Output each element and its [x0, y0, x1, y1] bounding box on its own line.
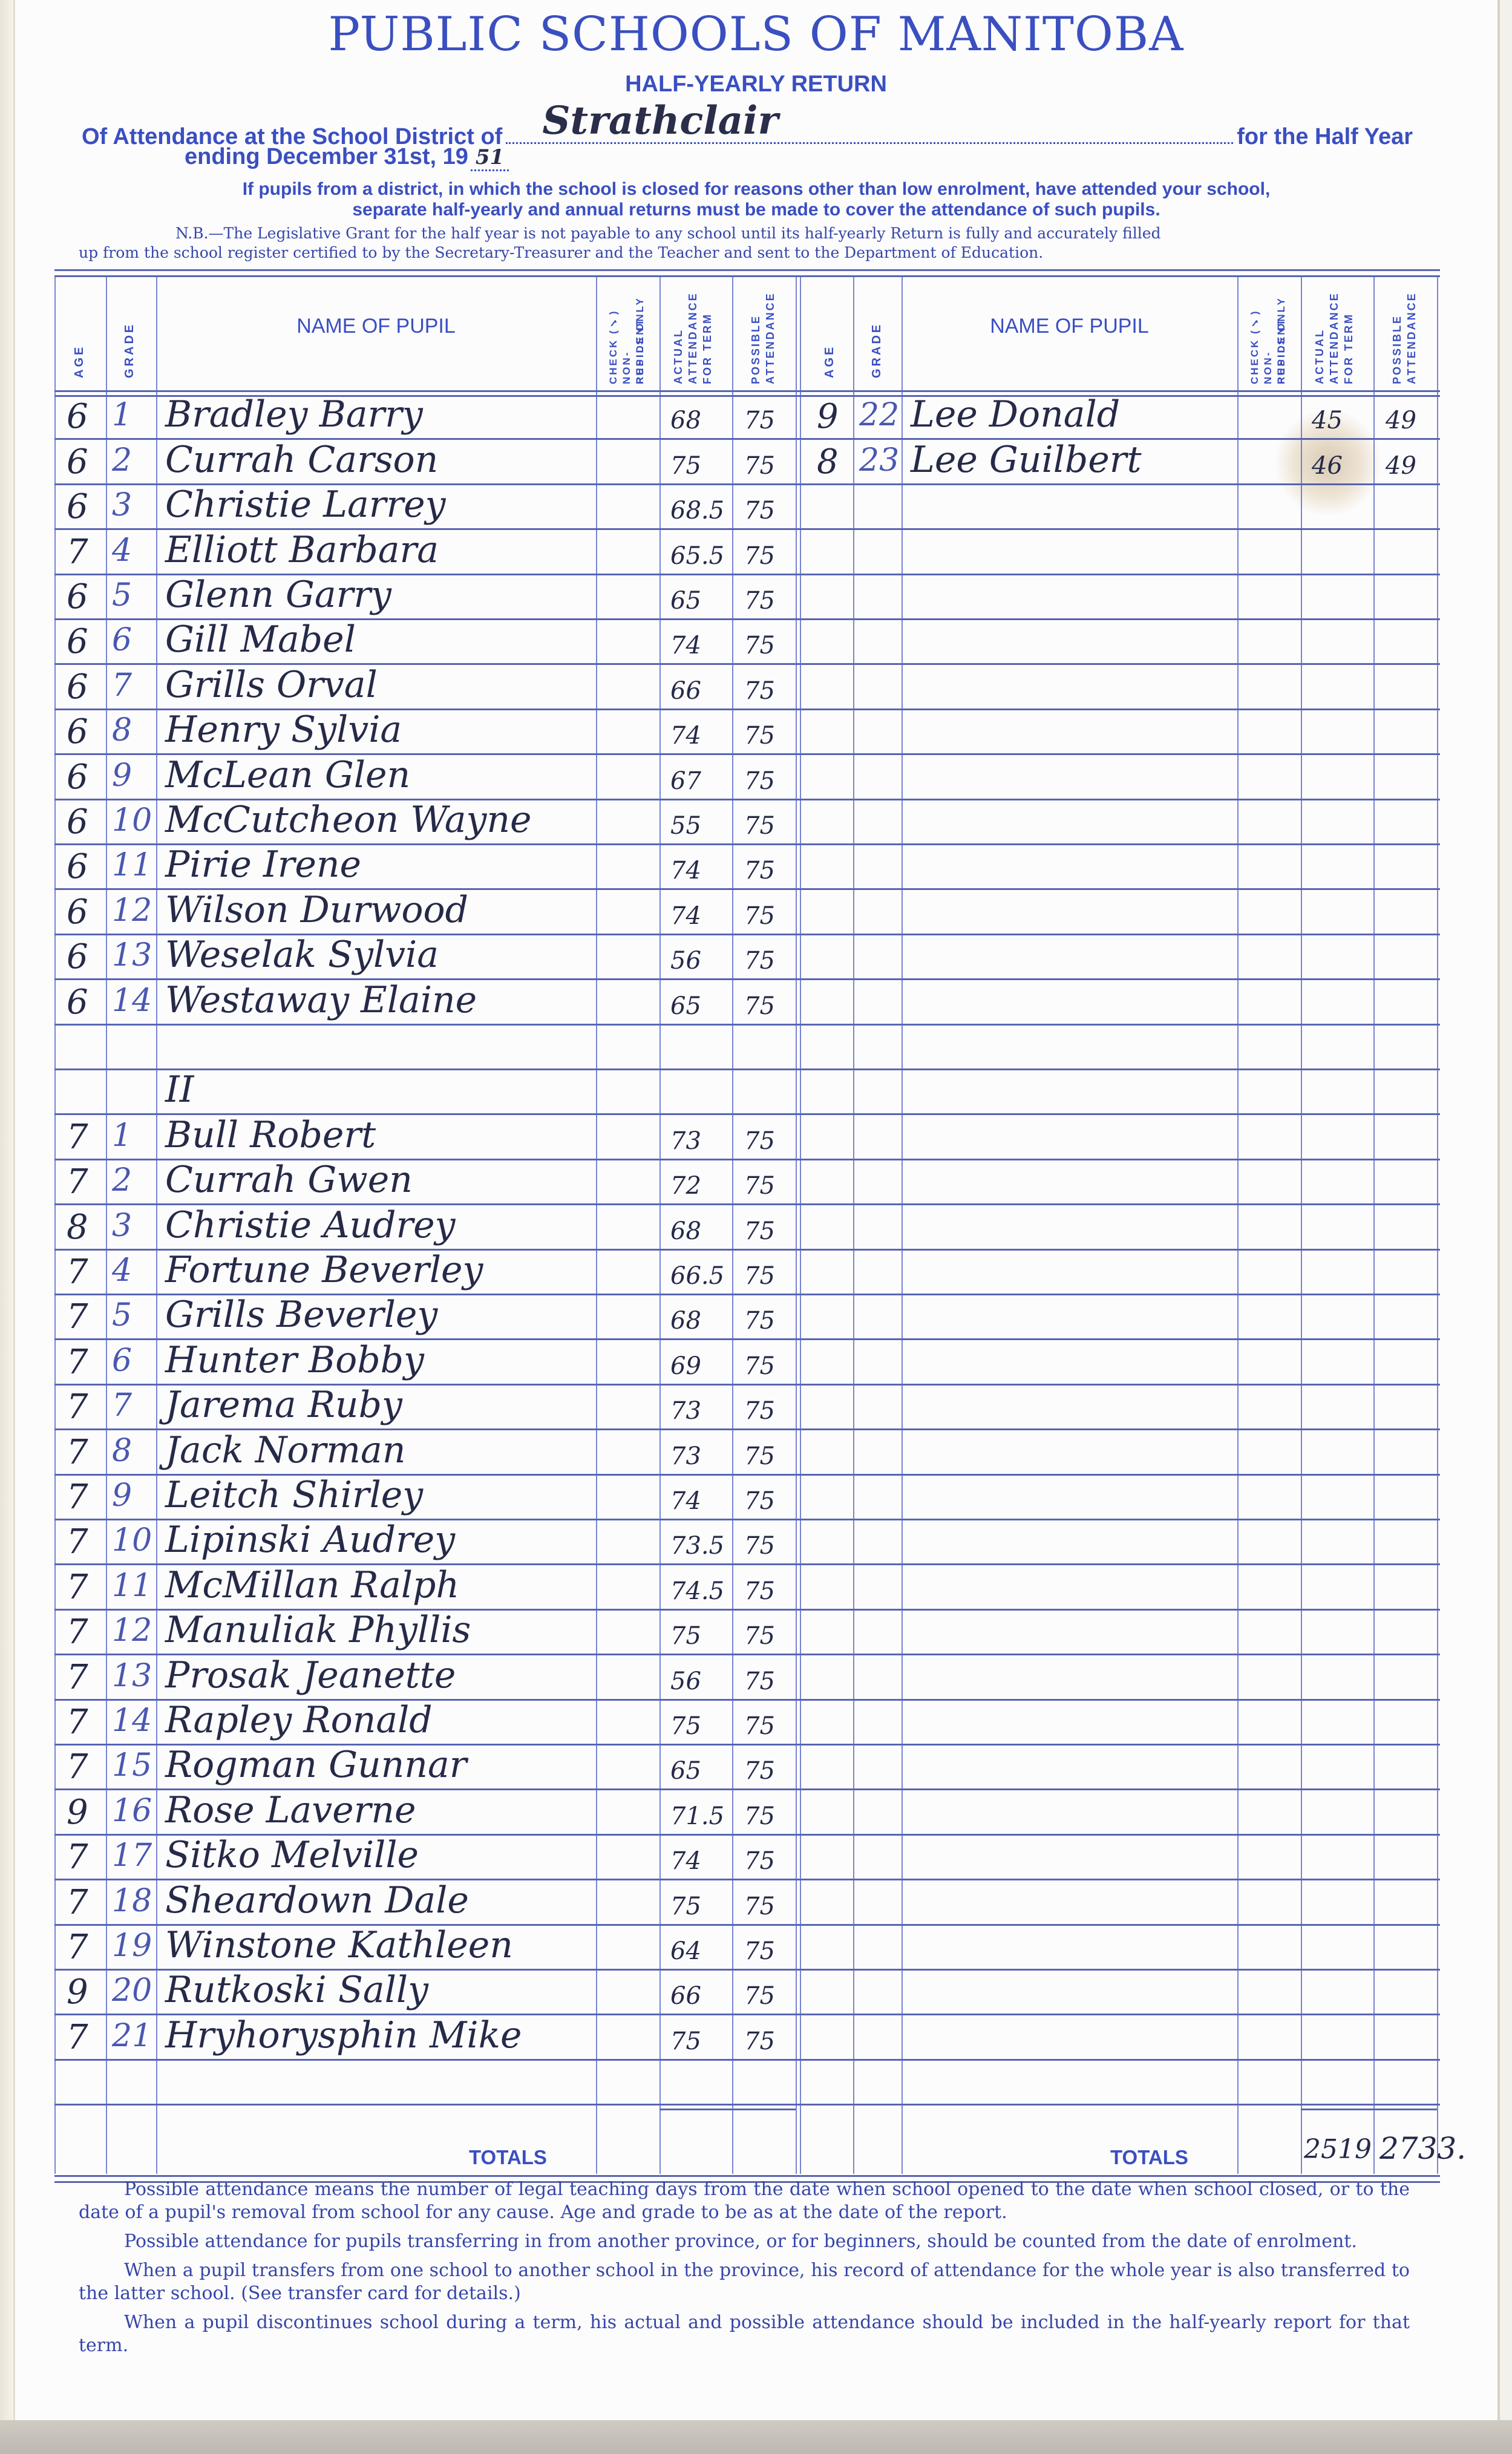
row-age: 7: [67, 1522, 88, 1562]
nb-line-1: N.B.—The Legislative Grant for the half …: [79, 224, 1410, 243]
column-header-possible-left: POSSIBLE: [749, 284, 762, 384]
row-number: 8: [112, 712, 132, 748]
row-number: 7: [112, 667, 132, 704]
row-age: 6: [67, 487, 88, 526]
row-number: 5: [112, 577, 132, 613]
row-possible-attendance[interactable]: 75: [744, 1937, 775, 1965]
row-number: 13: [112, 937, 152, 973]
row-actual-attendance[interactable]: 66.5: [670, 1262, 724, 1290]
row-possible-attendance[interactable]: 75: [744, 497, 775, 525]
row-name[interactable]: Jack Norman: [165, 1429, 405, 1471]
column-rule: [156, 276, 157, 2174]
row-age: 9: [67, 1793, 88, 1832]
row-number: 10: [112, 802, 152, 839]
row-name[interactable]: Leitch Shirley: [165, 1474, 423, 1516]
row-name[interactable]: McLean Glen: [165, 754, 410, 796]
row-actual-attendance[interactable]: 68: [670, 1307, 701, 1335]
row-number: 18: [112, 1883, 152, 1919]
book-binding: [0, 0, 13, 2454]
row-actual-attendance[interactable]: 65.5: [670, 542, 724, 570]
page-bottom-edge: [0, 2420, 1512, 2454]
row-actual-attendance[interactable]: 56: [670, 947, 701, 975]
row-number: 5: [112, 1297, 132, 1333]
row-possible-attendance[interactable]: 75: [744, 1667, 775, 1695]
row-possible-attendance[interactable]: 75: [744, 1847, 775, 1875]
form-title: PUBLIC SCHOOLS OF MANITOBA: [0, 7, 1512, 62]
column-header-possible-right: POSSIBLE: [1390, 284, 1404, 384]
row-possible-attendance[interactable]: 75: [744, 407, 775, 434]
row-actual-attendance[interactable]: 45: [1312, 407, 1343, 434]
row-possible-attendance[interactable]: 75: [744, 1217, 775, 1245]
row-age: 7: [67, 1928, 88, 1967]
column-header-check-3-left: PUPILS ONLY: [633, 284, 647, 384]
column-header-possible-2-right: ATTENDANCE: [1405, 284, 1418, 384]
row-name[interactable]: Glenn Garry: [165, 574, 391, 616]
row-name[interactable]: Rutkoski Sally: [165, 1969, 428, 2011]
row-name[interactable]: Prosak Jeanette: [165, 1654, 456, 1697]
row-age: 7: [67, 1162, 88, 1202]
totals-double-rule: [659, 2109, 796, 2110]
row-actual-attendance[interactable]: 68.5: [670, 497, 724, 525]
row-rule: [54, 2059, 1440, 2061]
row-age: 6: [67, 712, 88, 751]
row-age: 6: [67, 397, 88, 436]
row-name[interactable]: Hryhorysphin Mike: [165, 2014, 522, 2056]
row-actual-attendance[interactable]: 71.5: [670, 1802, 724, 1830]
row-name[interactable]: Weselak Sylvia: [165, 934, 439, 976]
totals-double-rule: [1301, 2109, 1437, 2110]
warning-line-1: If pupils from a district, in which the …: [73, 179, 1440, 200]
row-number: 3: [112, 487, 132, 523]
column-header-check-3-right: PUPILS ONLY: [1275, 284, 1288, 384]
row-actual-attendance[interactable]: 65: [670, 992, 701, 1020]
row-number: 4: [112, 1252, 132, 1289]
row-actual-attendance[interactable]: 55: [670, 812, 701, 840]
row-possible-attendance[interactable]: 75: [744, 2027, 775, 2055]
row-possible-attendance[interactable]: 75: [744, 587, 775, 615]
row-age: 6: [67, 983, 88, 1022]
row-name[interactable]: Rogman Gunnar: [165, 1744, 466, 1786]
footer-note-transfer-province: When a pupil transfers from one school t…: [79, 2259, 1410, 2305]
row-number: 1: [112, 1117, 132, 1154]
row-number: 23: [859, 442, 899, 479]
row-possible-attendance[interactable]: 75: [744, 1802, 775, 1830]
row-actual-attendance[interactable]: 74: [670, 632, 701, 659]
column-header-actual-3-right: FOR TERM: [1342, 284, 1355, 384]
row-name[interactable]: Bradley Barry: [165, 393, 423, 436]
table-top-rule-2: [54, 275, 1440, 277]
column-header-check-right: CHECK (✓): [1248, 284, 1262, 384]
row-possible-attendance[interactable]: 75: [744, 1397, 775, 1425]
row-actual-attendance[interactable]: 75: [670, 1893, 701, 1920]
row-age: 7: [67, 1387, 88, 1427]
column-header-actual-right: ACTUAL: [1313, 284, 1326, 384]
row-age: 7: [67, 1568, 88, 1607]
left-edge-rule: [54, 276, 56, 2174]
row-number: 11: [112, 847, 152, 883]
district-suffix: for the Half Year: [1237, 124, 1413, 150]
row-age: 9: [817, 397, 839, 436]
row-name[interactable]: Christie Audrey: [165, 1204, 456, 1246]
totals-label-right: TOTALS: [1110, 2146, 1188, 2169]
column-header-actual-left: ACTUAL: [672, 284, 685, 384]
row-age: 6: [67, 667, 88, 707]
row-number: 15: [112, 1747, 152, 1784]
row-age: 7: [67, 1477, 88, 1517]
row-possible-attendance[interactable]: 75: [744, 632, 775, 659]
row-name[interactable]: McMillan Ralph: [165, 1564, 459, 1606]
table-bottom-rule: [54, 2175, 1440, 2177]
total-actual-attendance[interactable]: 2519: [1304, 2134, 1372, 2165]
row-possible-attendance[interactable]: 75: [744, 1127, 775, 1155]
row-actual-attendance[interactable]: 46: [1312, 452, 1343, 480]
header-bottom-rule: [54, 390, 1440, 392]
row-age: 7: [67, 2018, 88, 2057]
row-actual-attendance[interactable]: 75: [670, 1712, 701, 1740]
row-number: 10: [112, 1522, 152, 1559]
row-number: 4: [112, 532, 132, 569]
row-actual-attendance[interactable]: 75: [670, 2027, 701, 2055]
column-rule: [596, 276, 597, 2174]
column-rule: [796, 276, 797, 2174]
row-name[interactable]: Gill Mabel: [165, 618, 356, 661]
row-age: 6: [67, 892, 88, 932]
row-age: 7: [67, 1433, 88, 1472]
row-name[interactable]: Lee Donald: [911, 393, 1120, 436]
footer-note-discontinue: When a pupil discontinues school during …: [79, 2311, 1410, 2357]
row-number: 13: [112, 1658, 152, 1694]
row-possible-attendance[interactable]: 75: [744, 767, 775, 795]
row-number: 1: [112, 397, 132, 433]
footer-note-possible-attendance: Possible attendance means the number of …: [79, 2178, 1410, 2224]
row-possible-attendance[interactable]: 75: [744, 1487, 775, 1515]
row-actual-attendance[interactable]: 74.5: [670, 1577, 724, 1605]
row-name[interactable]: Grills Beverley: [165, 1294, 437, 1336]
column-header-name-left: NAME OF PUPIL: [156, 315, 596, 338]
row-possible-attendance[interactable]: 75: [744, 1712, 775, 1740]
row-name[interactable]: Rapley Ronald: [165, 1699, 433, 1741]
row-possible-attendance[interactable]: 75: [744, 542, 775, 570]
row-possible-attendance[interactable]: 75: [744, 1262, 775, 1290]
row-age: 6: [67, 622, 88, 661]
row-name[interactable]: II: [165, 1068, 194, 1111]
row-name[interactable]: Lee Guilbert: [911, 439, 1142, 481]
row-possible-attendance[interactable]: 75: [744, 1172, 775, 1200]
row-actual-attendance[interactable]: 68: [670, 407, 701, 434]
row-age: 9: [67, 1972, 88, 2012]
total-possible-attendance[interactable]: 2733.: [1379, 2131, 1466, 2166]
row-number: 14: [112, 983, 152, 1019]
district-field[interactable]: Strathclair: [506, 112, 1233, 144]
row-number: 14: [112, 1703, 152, 1739]
row-actual-attendance[interactable]: 69: [670, 1352, 701, 1380]
row-actual-attendance[interactable]: 65: [670, 587, 701, 615]
row-name[interactable]: Elliott Barbara: [165, 529, 439, 571]
row-possible-attendance[interactable]: 75: [744, 452, 775, 480]
row-actual-attendance[interactable]: 64: [670, 1937, 701, 1965]
row-age: 6: [67, 577, 88, 617]
ending-line: ending December 31st, 1951: [185, 144, 509, 170]
row-name[interactable]: Rose Laverne: [165, 1789, 416, 1831]
row-age: 7: [67, 1703, 88, 1742]
column-rule: [1301, 276, 1302, 2174]
row-age: 7: [67, 1837, 88, 1877]
table-top-rule: [54, 269, 1440, 271]
row-name[interactable]: Currah Carson: [165, 439, 438, 481]
row-number: 22: [859, 397, 899, 433]
closed-district-warning: If pupils from a district, in which the …: [73, 179, 1440, 220]
row-number: 21: [112, 2018, 152, 2054]
column-rule: [853, 276, 854, 2174]
row-actual-attendance[interactable]: 74: [670, 722, 701, 750]
column-header-possible-2-left: ATTENDANCE: [764, 284, 777, 384]
row-actual-attendance[interactable]: 65: [670, 1757, 701, 1785]
row-possible-attendance[interactable]: 75: [744, 812, 775, 840]
row-rule: [54, 2104, 1440, 2106]
row-name[interactable]: McCutcheon Wayne: [165, 799, 532, 841]
row-number: 7: [112, 1387, 132, 1424]
row-name[interactable]: Bull Robert: [165, 1114, 376, 1156]
row-name[interactable]: Wilson Durwood: [165, 889, 468, 931]
column-rule: [1373, 276, 1375, 2174]
row-name[interactable]: Lipinski Audrey: [165, 1519, 455, 1561]
row-possible-attendance[interactable]: 49: [1386, 452, 1416, 480]
row-actual-attendance[interactable]: 73: [670, 1442, 701, 1470]
warning-line-2: separate half-yearly and annual returns …: [73, 200, 1440, 220]
row-number: 8: [112, 1433, 132, 1469]
row-age: 7: [67, 1612, 88, 1652]
row-age: 7: [67, 1252, 88, 1292]
attendance-table: AGEGRADENAME OF PUPILCHECK (✓)NON-RESIDE…: [54, 269, 1440, 2163]
row-age: 6: [67, 802, 88, 842]
row-age: 7: [67, 1343, 88, 1382]
row-number: 3: [112, 1208, 132, 1244]
row-name[interactable]: Westaway Elaine: [165, 979, 477, 1021]
column-header-actual-2-right: ATTENDANCE: [1327, 284, 1341, 384]
column-rule: [659, 276, 661, 2174]
row-rule: [54, 1024, 1440, 1026]
row-possible-attendance[interactable]: 75: [744, 1577, 775, 1605]
nb-line-2: up from the school register certified to…: [79, 243, 1410, 263]
row-possible-attendance[interactable]: 49: [1386, 407, 1416, 434]
row-number: 9: [112, 1477, 132, 1514]
row-name[interactable]: Hunter Bobby: [165, 1339, 424, 1381]
row-name[interactable]: Manuliak Phyllis: [165, 1609, 471, 1651]
row-name[interactable]: Christie Larrey: [165, 483, 445, 526]
row-age: 6: [67, 847, 88, 886]
row-age: 7: [67, 532, 88, 572]
row-actual-attendance[interactable]: 67: [670, 767, 701, 795]
form-subtitle: HALF-YEARLY RETURN: [0, 71, 1512, 97]
row-actual-attendance[interactable]: 75: [670, 452, 701, 480]
row-number: 6: [112, 1343, 132, 1379]
column-rule: [902, 276, 903, 2174]
row-number: 20: [112, 1972, 152, 2009]
footer-note-transfer-in: Possible attendance for pupils transferr…: [79, 2230, 1410, 2253]
column-rule: [732, 276, 733, 2174]
row-number: 17: [112, 1837, 152, 1874]
row-possible-attendance[interactable]: 75: [744, 722, 775, 750]
row-name[interactable]: Henry Sylvia: [165, 708, 402, 751]
row-name[interactable]: Sitko Melville: [165, 1834, 419, 1876]
row-name[interactable]: Pirie Irene: [165, 843, 361, 886]
column-header-age-right: AGE: [823, 293, 836, 378]
footer-notes: Possible attendance means the number of …: [79, 2178, 1410, 2363]
row-possible-attendance[interactable]: 75: [744, 1532, 775, 1560]
row-age: 7: [67, 1883, 88, 1922]
row-possible-attendance[interactable]: 75: [744, 677, 775, 705]
column-header-actual-2-left: ATTENDANCE: [686, 284, 699, 384]
row-name[interactable]: Fortune Beverley: [165, 1249, 483, 1291]
row-number: 12: [112, 892, 152, 929]
row-actual-attendance[interactable]: 74: [670, 1487, 701, 1515]
row-number: 6: [112, 622, 132, 658]
row-possible-attendance[interactable]: 75: [744, 902, 775, 930]
row-age: 7: [67, 1297, 88, 1337]
row-actual-attendance[interactable]: 73: [670, 1127, 701, 1155]
totals-label-left: TOTALS: [469, 2146, 547, 2169]
row-rule: [54, 1068, 1440, 1070]
column-header-grade-right: GRADE: [870, 293, 883, 378]
column-header-grade-left: GRADE: [123, 293, 136, 378]
row-actual-attendance[interactable]: 56: [670, 1667, 701, 1695]
row-name[interactable]: Grills Orval: [165, 664, 378, 706]
row-name[interactable]: Currah Gwen: [165, 1159, 413, 1201]
row-age: 6: [67, 442, 88, 482]
row-actual-attendance[interactable]: 74: [670, 1847, 701, 1875]
row-possible-attendance[interactable]: 75: [744, 857, 775, 885]
row-age: 6: [67, 757, 88, 797]
row-number: 11: [112, 1568, 152, 1604]
row-possible-attendance[interactable]: 75: [744, 1982, 775, 2010]
row-possible-attendance[interactable]: 75: [744, 992, 775, 1020]
row-age: 7: [67, 1747, 88, 1787]
column-rule: [106, 276, 107, 2174]
ending-label: ending December 31st, 19: [185, 144, 468, 169]
row-number: 9: [112, 757, 132, 794]
column-rule: [1437, 276, 1438, 2174]
row-possible-attendance[interactable]: 75: [744, 947, 775, 975]
row-age: 7: [67, 1658, 88, 1697]
column-header-age-left: AGE: [73, 293, 86, 378]
row-number: 12: [112, 1612, 152, 1649]
row-number: 2: [112, 1162, 132, 1199]
row-possible-attendance[interactable]: 75: [744, 1893, 775, 1920]
row-actual-attendance[interactable]: 68: [670, 1217, 701, 1245]
center-divider-rule: [800, 276, 801, 2174]
row-number: 16: [112, 1793, 152, 1829]
row-actual-attendance[interactable]: 75: [670, 1622, 701, 1650]
row-actual-attendance[interactable]: 66: [670, 677, 701, 705]
row-name[interactable]: Winstone Kathleen: [165, 1924, 513, 1966]
row-age: 7: [67, 1117, 88, 1157]
row-actual-attendance[interactable]: 74: [670, 902, 701, 930]
row-name[interactable]: Sheardown Dale: [165, 1879, 469, 1922]
row-possible-attendance[interactable]: 75: [744, 1622, 775, 1650]
column-header-actual-3-left: FOR TERM: [701, 284, 714, 384]
column-header-name-right: NAME OF PUPIL: [902, 315, 1237, 338]
row-number: 2: [112, 442, 132, 479]
row-age: 8: [817, 442, 839, 482]
row-name[interactable]: Jarema Ruby: [165, 1384, 402, 1426]
row-age: 6: [67, 937, 88, 977]
row-possible-attendance[interactable]: 75: [744, 1757, 775, 1785]
column-header-check-left: CHECK (✓): [607, 284, 620, 384]
row-actual-attendance[interactable]: 66: [670, 1982, 701, 2010]
row-possible-attendance[interactable]: 75: [744, 1442, 775, 1470]
row-actual-attendance[interactable]: 74: [670, 857, 701, 885]
row-age: 8: [67, 1208, 88, 1247]
row-possible-attendance[interactable]: 75: [744, 1307, 775, 1335]
column-rule: [1237, 276, 1239, 2174]
row-actual-attendance[interactable]: 72: [670, 1172, 701, 1200]
row-actual-attendance[interactable]: 73.5: [670, 1532, 724, 1560]
row-actual-attendance[interactable]: 73: [670, 1397, 701, 1425]
legislative-grant-note: N.B.—The Legislative Grant for the half …: [79, 224, 1410, 263]
district-name: Strathclair: [542, 98, 778, 143]
year-field[interactable]: 51: [471, 145, 509, 171]
row-possible-attendance[interactable]: 75: [744, 1352, 775, 1380]
row-number: 19: [112, 1928, 152, 1964]
